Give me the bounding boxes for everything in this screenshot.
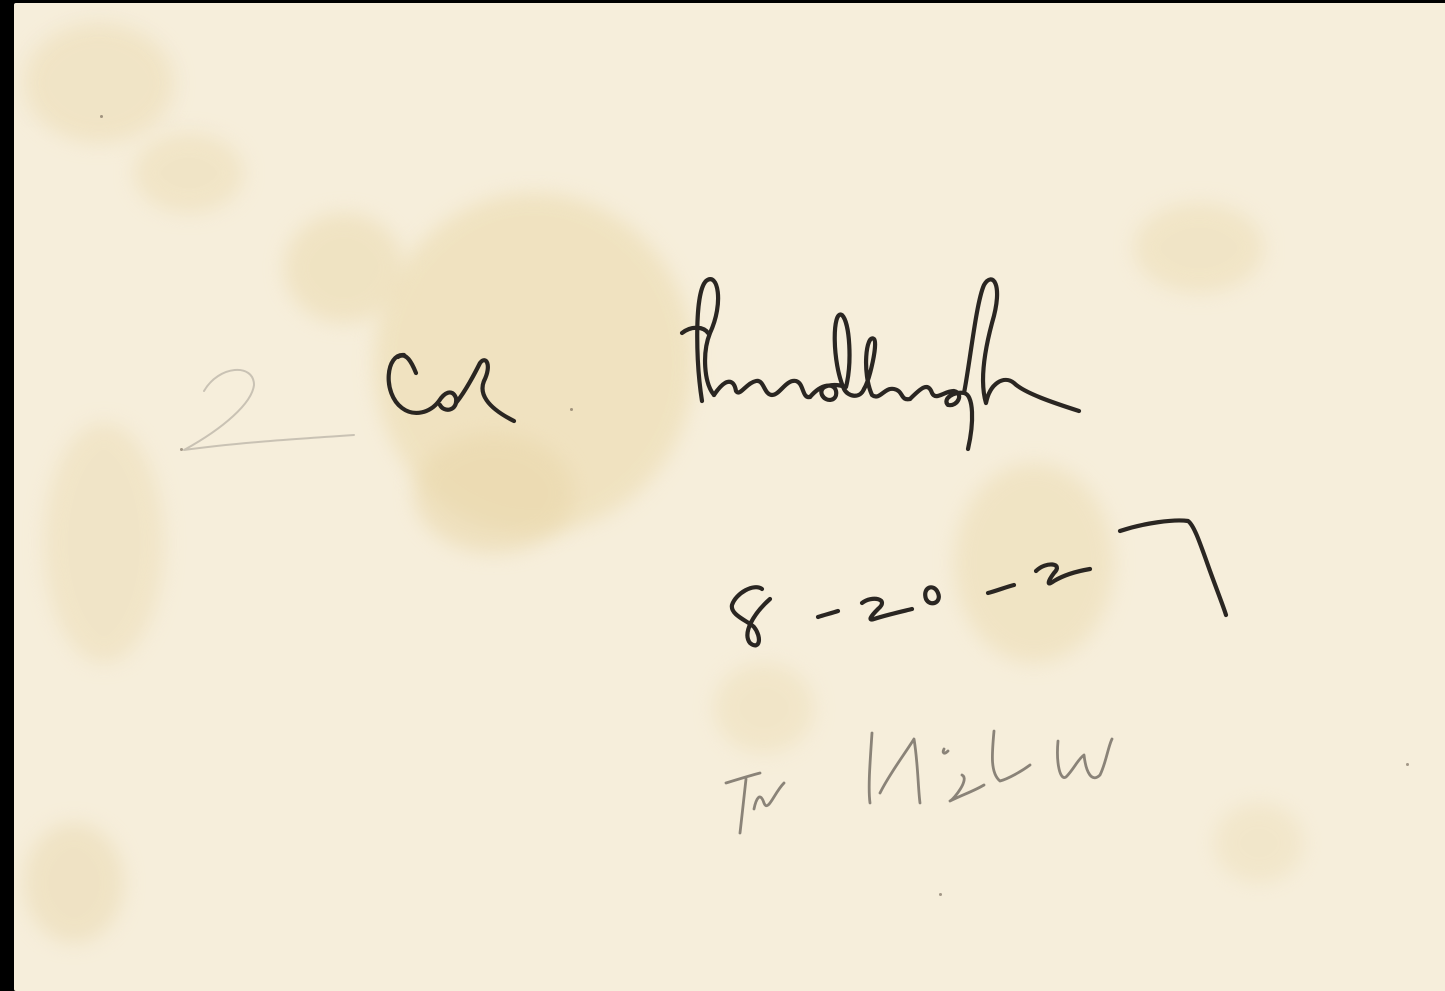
annotation-date: 8-20-27 (724, 543, 927, 617)
water-stain (414, 433, 574, 553)
water-stain (954, 463, 1114, 663)
paper-speck (1406, 763, 1409, 766)
water-stain (134, 133, 244, 213)
paper-speck (180, 448, 183, 451)
water-stain (44, 423, 164, 663)
water-stain (1134, 203, 1264, 293)
water-stain (1214, 803, 1304, 883)
scan-background: Col. Lindbergh 8-20-27 In Milw 2 (0, 0, 1445, 991)
water-stain (24, 823, 124, 943)
paper-speck (570, 408, 573, 411)
annotation-location: In Milw (724, 733, 906, 797)
paper-speck (100, 115, 103, 118)
water-stain (24, 23, 174, 143)
paper-speck (939, 893, 942, 896)
water-stain (284, 213, 404, 323)
photo-verso-paper: Col. Lindbergh 8-20-27 In Milw 2 (14, 3, 1445, 991)
annotation-name: Col. Lindbergh (384, 323, 750, 392)
annotation-faint-mark: 2 (184, 363, 214, 432)
